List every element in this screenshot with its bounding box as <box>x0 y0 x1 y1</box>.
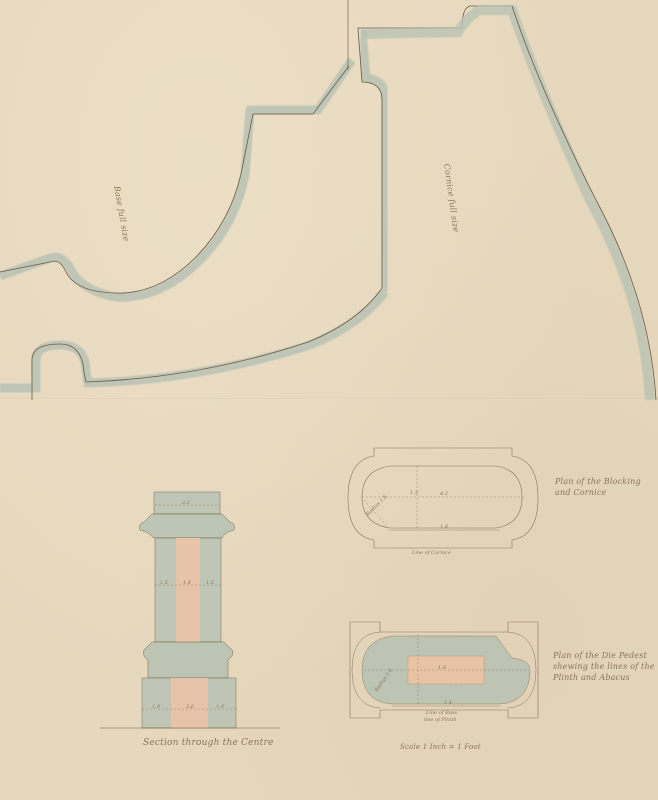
base-lower-loop-wash <box>0 292 385 388</box>
section-capital <box>140 514 235 538</box>
svg-text:2.2: 2.2 <box>181 500 190 506</box>
section-caption: Section through the Centre <box>143 738 274 749</box>
svg-text:1.4: 1.4 <box>183 580 191 586</box>
plan-cornice-note: Plan of the Blocking and Cornice <box>555 476 655 498</box>
section-shaft-core <box>176 538 200 642</box>
svg-text:line of Plinth: line of Plinth <box>424 717 456 723</box>
pier-section: 2.2 1.5 1.4 1.5 1.9 2.6 1.9 <box>100 492 280 728</box>
svg-text:1.8: 1.8 <box>438 665 446 671</box>
base-profile <box>0 0 512 400</box>
svg-text:1.5: 1.5 <box>206 580 214 586</box>
scale-caption: Scale 1 Inch = 1 Foot <box>400 742 481 753</box>
svg-text:4.2: 4.2 <box>439 491 448 497</box>
svg-text:Radius 1.6: Radius 1.6 <box>364 494 389 519</box>
svg-text:1.8: 1.8 <box>440 524 448 530</box>
svg-text:1.3: 1.3 <box>410 490 418 496</box>
cornice-profile <box>362 6 656 400</box>
plan-die: 1.8 1.4 Radius 1.6 Line of Base line of … <box>350 622 538 723</box>
cornice-profile-outline <box>512 6 656 400</box>
svg-text:1.4: 1.4 <box>444 700 452 706</box>
svg-text:Line of Base: Line of Base <box>425 710 457 716</box>
plan-die-note: Plan of the Die Pedest shewing the lines… <box>553 650 657 683</box>
svg-text:1.5: 1.5 <box>160 580 168 586</box>
plan-cornice: 4.2 1.8 1.3 Radius 1.6 Line of Cornice <box>348 448 538 556</box>
svg-text:2.6: 2.6 <box>185 704 195 710</box>
cornice-profile-wash <box>362 10 650 400</box>
plan-cornice-outer <box>348 448 538 548</box>
section-base-mould <box>144 642 233 678</box>
base-right-edge-outline <box>358 6 512 288</box>
svg-text:Line of Cornice: Line of Cornice <box>411 550 451 556</box>
section-plinth-core <box>171 678 208 728</box>
svg-text:1.9: 1.9 <box>216 704 225 710</box>
svg-text:1.9: 1.9 <box>152 704 161 710</box>
